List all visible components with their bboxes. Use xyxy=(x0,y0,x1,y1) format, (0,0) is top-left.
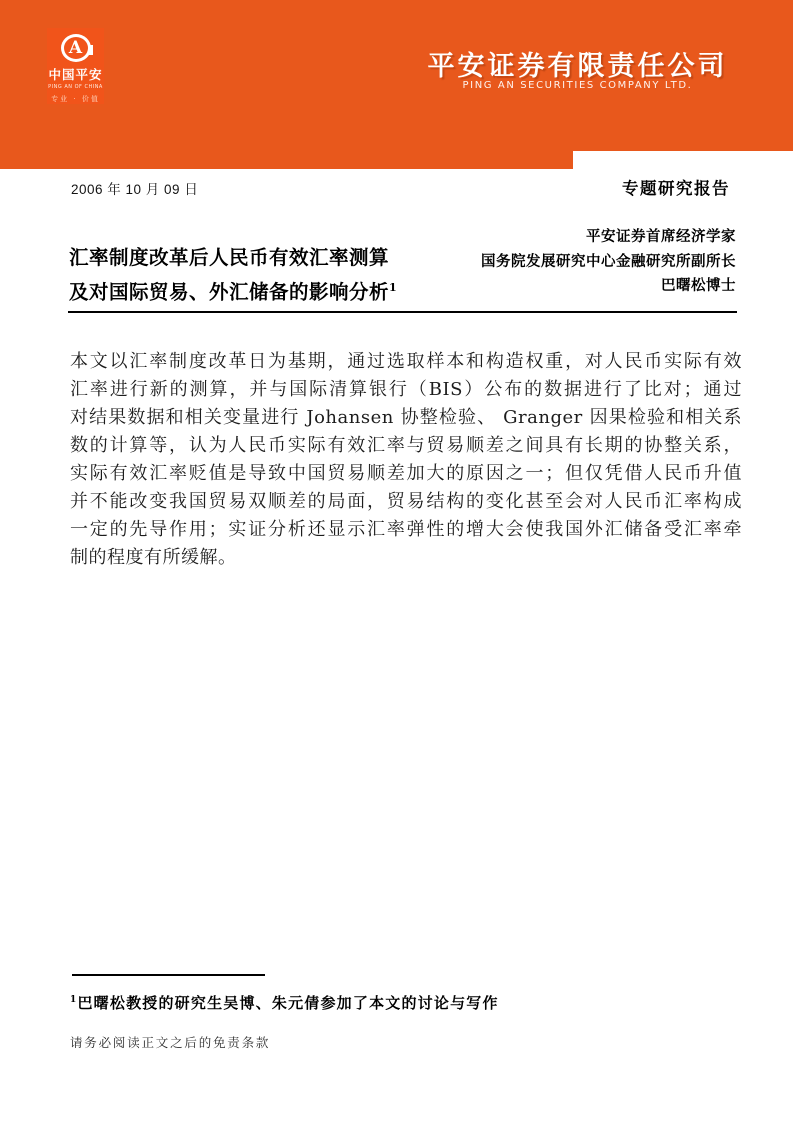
author-name: 巴曙松博士 xyxy=(316,274,736,299)
pingan-monogram-icon: A xyxy=(61,34,91,62)
abstract-paragraph: 本文以汇率制度改革日为基期，通过选取样本和构造权重，对人民币实际有效 汇率进行新… xyxy=(70,348,742,572)
header-divider-rule xyxy=(68,311,737,313)
company-name-en: PING AN SECURITIES COMPANY LTD. xyxy=(405,80,750,91)
header-band: A 中国平安 PING AN OF CHINA 专业 · 价值 平安证券有限责任… xyxy=(0,0,793,169)
logo-brand-cn: 中国平安 xyxy=(48,65,102,83)
abstract-line: 汇率进行新的测算，并与国际清算银行（BIS）公布的数据进行了比对；通过 xyxy=(70,376,742,404)
monogram-letter: A xyxy=(69,38,82,58)
header-notch xyxy=(573,151,793,169)
logo-brand-en: PING AN OF CHINA xyxy=(48,84,103,90)
logo-slogan: 专业 · 价值 xyxy=(51,94,100,104)
abstract-line: 数的计算等，认为人民币实际有效汇率与贸易顺差之间具有长期的协整关系， xyxy=(70,432,742,460)
company-name-cn: 平安证券有限责任公司 xyxy=(405,44,750,83)
author-title-line2: 国务院发展研究中心金融研究所副所长 xyxy=(316,250,736,275)
footnote-text: 1巴曙松教授的研究生吴博、朱元倩参加了本文的讨论与写作 xyxy=(70,992,720,1013)
author-title-line1: 平安证券首席经济学家 xyxy=(316,225,736,250)
abstract-line: 本文以汇率制度改革日为基期，通过选取样本和构造权重，对人民币实际有效 xyxy=(70,348,742,376)
disclaimer-text: 请务必阅读正文之后的免责条款 xyxy=(70,1033,470,1051)
pingan-logo: A 中国平安 PING AN OF CHINA 专业 · 价值 xyxy=(47,28,104,104)
abstract-line: 实际有效汇率贬值是导致中国贸易顺差加大的原因之一；但仅凭借人民币升值 xyxy=(70,460,742,488)
monogram-hook-icon xyxy=(88,45,93,55)
footnote-separator-rule xyxy=(72,974,265,976)
abstract-line: 对结果数据和相关变量进行 Johansen 协整检验、 Granger 因果检验… xyxy=(70,404,742,432)
report-date: 2006 年 10 月 09 日 xyxy=(71,178,198,198)
author-block: 平安证券首席经济学家 国务院发展研究中心金融研究所副所长 巴曙松博士 xyxy=(316,225,736,299)
abstract-line: 一定的先导作用；实证分析还显示汇率弹性的增大会使我国外汇储备受汇率牵 xyxy=(70,516,742,544)
abstract-line: 制的程度有所缓解。 xyxy=(70,544,742,572)
report-type-label: 专题研究报告 xyxy=(622,175,730,199)
abstract-line: 并不能改变我国贸易双顺差的局面，贸易结构的变化甚至会对人民币汇率构成 xyxy=(70,488,742,516)
